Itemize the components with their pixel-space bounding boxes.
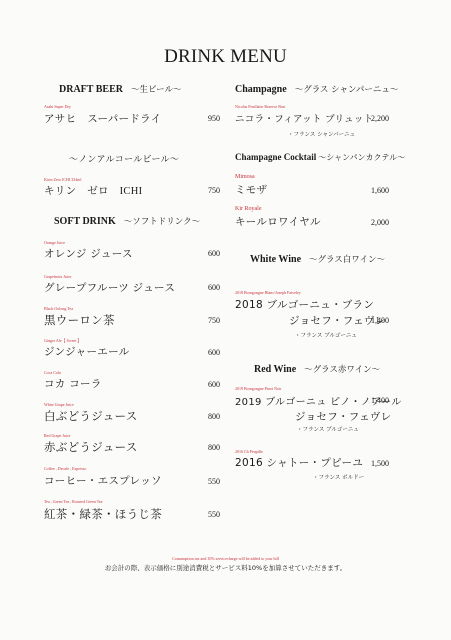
heading-en: SOFT DRINK xyxy=(54,216,116,227)
item-origin: ・フランス ボルドー xyxy=(313,473,364,481)
heading-en: DRAFT BEER xyxy=(59,84,123,95)
section-heading-champagne: Champagne〜グラス シャンパーニュ〜 xyxy=(235,83,398,95)
item-sub: 2018 Bourgongne Blanc/Joseph Faiveley xyxy=(235,290,301,295)
footer-note-en: Consumption tax and 10% servicecharge wi… xyxy=(0,556,451,561)
section-heading-soft-drink: SOFT DRINK〜ソフトドリンク〜 xyxy=(54,215,200,227)
heading-en: Champagne xyxy=(235,84,287,95)
section-heading-non-alcohol: 〜ノンアルコールビール〜 xyxy=(69,152,179,165)
item-name: 黒ウーロン茶 xyxy=(44,312,115,328)
section-heading-white-wine: White Wine〜グラス白ワイン〜 xyxy=(250,253,385,265)
item-sub: Orange Juice xyxy=(44,240,65,245)
item-sub: Tea , Green Tea , Roasted Green Tea xyxy=(44,499,102,504)
item-name: 2018 ブルゴーニュ・ブラン xyxy=(235,297,374,312)
heading-jp: 〜グラス赤ワイン〜 xyxy=(304,365,380,375)
item-name: 白ぶどうジュース xyxy=(44,408,138,424)
footer-note-jp: お会計の際、表示価格に別途消費税とサービス料10%を加算させていただきます。 xyxy=(0,563,451,572)
item-price: 750 xyxy=(208,186,220,195)
item-price: 550 xyxy=(208,477,220,486)
item-name: オレンジ ジュース xyxy=(44,246,133,261)
item-price: 600 xyxy=(208,249,220,258)
heading-jp: 〜グラス シャンパーニュ〜 xyxy=(295,85,399,95)
heading-jp: 〜生ビール〜 xyxy=(131,85,182,95)
item-price: 1,500 xyxy=(371,459,389,468)
item-price: 550 xyxy=(208,510,220,519)
item-price: 800 xyxy=(208,443,220,452)
heading-jp: 〜シャンパンカクテル〜 xyxy=(318,153,405,162)
heading-jp: 〜グラス白ワイン〜 xyxy=(309,255,385,265)
heading-jp: 〜ソフトドリンク〜 xyxy=(124,217,200,227)
item-price: 600 xyxy=(208,283,220,292)
item-origin: ・フランス シャンパーニュ xyxy=(288,130,355,138)
item-price: 1,600 xyxy=(371,186,389,195)
item-sub: 2016 Ch Peupille xyxy=(235,449,263,454)
section-heading-red-wine: Red Wine〜グラス赤ワイン〜 xyxy=(254,363,380,375)
heading-en: Champagne Cocktail xyxy=(235,152,316,162)
item-name: ニコラ・フィアット ブリュット xyxy=(235,111,373,125)
item-price: 1,400 xyxy=(371,316,389,325)
item-origin: ・フランス ブルゴーニュ xyxy=(297,425,359,433)
item-price: 600 xyxy=(208,348,220,357)
item-sub: Nicolas Feuillatte Reserve Brut xyxy=(235,104,285,109)
item-sub: Kirin Zero ICHI 334ml xyxy=(44,177,81,182)
item-name: キールロワイヤル xyxy=(235,214,321,229)
item-name: コーヒー・エスプレッソ xyxy=(44,473,162,488)
item-name: ジンジャーエール xyxy=(44,344,129,359)
item-sub: Asahi Super Dry xyxy=(44,104,71,109)
item-price: 600 xyxy=(208,380,220,389)
item-sub: 2019 Bourgongne Pinot Noir xyxy=(235,386,281,391)
item-name: グレープフルーツ ジュース xyxy=(44,280,175,295)
item-price: 750 xyxy=(208,316,220,325)
item-name: コカ コーラ xyxy=(44,376,102,391)
item-sub: Coffee , Decafe , Espresso xyxy=(44,466,86,471)
item-price: 1,400 xyxy=(371,396,389,405)
item-price: 800 xyxy=(208,412,220,421)
item-name: 紅茶・緑茶・ほうじ茶 xyxy=(44,506,162,522)
item-origin: ・フランス ブルゴーニュ xyxy=(295,331,357,339)
item-name-line2: ジョセフ・フェヴレ xyxy=(295,409,391,424)
item-sub: Black Oolong Tea xyxy=(44,306,73,311)
item-price: 2,200 xyxy=(371,114,389,123)
section-heading-champagne-cocktail: Champagne Cocktail〜シャンパンカクテル〜 xyxy=(235,152,405,163)
section-heading-draft-beer: DRAFT BEER〜生ビール〜 xyxy=(59,83,182,95)
item-sub: Mimosa xyxy=(235,174,255,180)
item-sub: Grapefruits Juice xyxy=(44,274,71,279)
item-sub: Kir Royale xyxy=(235,206,262,212)
item-name: キリン ゼロ ICHI xyxy=(44,183,142,198)
item-name: アサヒ スーパードライ xyxy=(44,111,161,126)
item-sub: Coca Cola xyxy=(44,370,61,375)
heading-en: Red Wine xyxy=(254,364,296,375)
item-name: ミモザ xyxy=(235,182,267,197)
item-name: 赤ぶどうジュース xyxy=(44,439,138,455)
heading-en: White Wine xyxy=(250,254,301,265)
item-sub: Red Grape Juice xyxy=(44,433,70,438)
page-title: DRINK MENU xyxy=(0,46,451,68)
item-price: 2,000 xyxy=(371,218,389,227)
item-name: 2016 シャトー・プピーユ xyxy=(235,455,363,470)
item-price: 950 xyxy=(208,114,220,123)
item-sub: White Grape Juice xyxy=(44,402,74,407)
